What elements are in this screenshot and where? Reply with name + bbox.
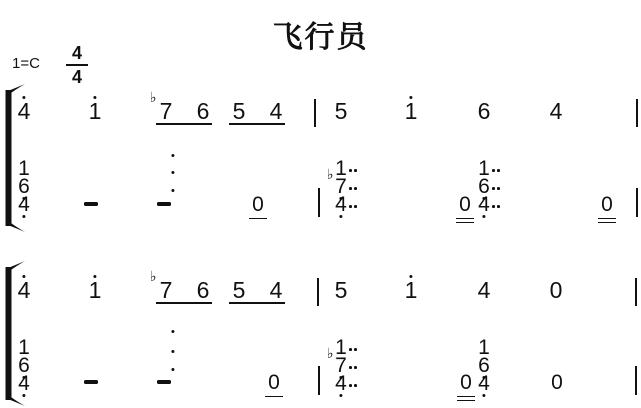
chord-repeat-dot (171, 171, 174, 174)
melody-note: 4 (478, 279, 491, 302)
augmentation-dot (492, 169, 495, 172)
chord-repeat-dot (171, 330, 174, 333)
rest-zero: 0 (601, 194, 613, 215)
sustain-dash (84, 202, 98, 206)
augmentation-dot (354, 169, 357, 172)
eighth-beam (229, 302, 285, 304)
barline (635, 366, 637, 395)
rest-zero: 0 (252, 194, 264, 215)
melody-note: 6 (197, 279, 210, 302)
melody-note: 1 (405, 100, 418, 123)
eighth-beam (156, 302, 212, 304)
octave-dot-below (339, 394, 342, 397)
time-signature: 4 4 (65, 44, 89, 86)
chord-repeat-dot (171, 350, 174, 353)
octave-dot-below (339, 215, 342, 218)
augmentation-dot (354, 384, 357, 387)
chord-note: 4 (478, 194, 490, 215)
eighth-beam (229, 123, 285, 125)
melody-note: 1 (89, 100, 102, 123)
chord-note: 4 (478, 373, 490, 394)
chord-note: 4 (335, 373, 347, 394)
rest-underline (456, 222, 474, 224)
rest-underline (456, 218, 474, 220)
eighth-beam (156, 123, 212, 125)
rest-underline (457, 396, 475, 398)
augmentation-dot (349, 187, 352, 190)
augmentation-dot (492, 187, 495, 190)
barline (635, 278, 637, 306)
sustain-dash (157, 380, 171, 384)
augmentation-dot (497, 205, 500, 208)
time-signature-numerator: 4 (65, 44, 89, 62)
barline (318, 188, 320, 217)
barline (317, 278, 319, 306)
flat-sign: ♭ (150, 91, 157, 105)
melody-note: 5 (233, 279, 246, 302)
augmentation-dot (349, 384, 352, 387)
rest-underline (598, 218, 616, 220)
augmentation-dot (354, 348, 357, 351)
melody-note: 4 (270, 100, 283, 123)
chord-repeat-dot (171, 368, 174, 371)
chord-note: 4 (18, 194, 30, 215)
time-signature-denominator: 4 (65, 68, 89, 86)
flat-sign: ♭ (327, 168, 334, 182)
barline (318, 366, 320, 395)
sustain-dash (84, 380, 98, 384)
augmentation-dot (354, 205, 357, 208)
augmentation-dot (349, 169, 352, 172)
flat-sign: ♭ (150, 270, 157, 284)
melody-note: 7 (160, 100, 173, 123)
song-title: 飞行员 (0, 12, 641, 56)
melody-note: 6 (478, 100, 491, 123)
augmentation-dot (349, 348, 352, 351)
melody-note: 4 (18, 100, 31, 123)
augmentation-dot (354, 187, 357, 190)
rest-underline (249, 218, 267, 220)
chord-repeat-dot (171, 189, 174, 192)
sustain-dash (157, 202, 171, 206)
melody-note: 4 (270, 279, 283, 302)
melody-note: 4 (550, 100, 563, 123)
key-signature: 1=C (12, 55, 40, 72)
rest-underline (457, 400, 475, 402)
rest-zero: 0 (460, 372, 472, 393)
melody-note: 4 (18, 279, 31, 302)
chord-repeat-dot (171, 154, 174, 157)
melody-note: 6 (197, 100, 210, 123)
melody-note: 5 (233, 100, 246, 123)
octave-dot-below (482, 394, 485, 397)
melody-note: 1 (89, 279, 102, 302)
rest-zero: 0 (268, 372, 280, 393)
augmentation-dot (349, 205, 352, 208)
melody-note: 5 (335, 100, 348, 123)
chord-note: 4 (18, 373, 30, 394)
melody-note: 0 (550, 279, 563, 302)
melody-note: 7 (160, 279, 173, 302)
octave-dot-below (482, 215, 485, 218)
rest-zero: 0 (459, 194, 471, 215)
sheet-music-page: 飞行员 1=C 4 4 417♭6545164164174♭164000417♭… (0, 0, 641, 408)
augmentation-dot (492, 205, 495, 208)
time-signature-fraction-line (66, 64, 88, 66)
rest-underline (265, 396, 283, 398)
augmentation-dot (497, 187, 500, 190)
barline (314, 99, 316, 127)
augmentation-dot (497, 169, 500, 172)
rest-zero: 0 (551, 372, 563, 393)
augmentation-dot (349, 366, 352, 369)
barline (636, 99, 638, 127)
augmentation-dot (354, 366, 357, 369)
melody-note: 5 (335, 279, 348, 302)
melody-note: 1 (405, 279, 418, 302)
barline (636, 188, 638, 217)
flat-sign: ♭ (327, 347, 334, 361)
chord-note: 4 (335, 194, 347, 215)
rest-underline (598, 222, 616, 224)
